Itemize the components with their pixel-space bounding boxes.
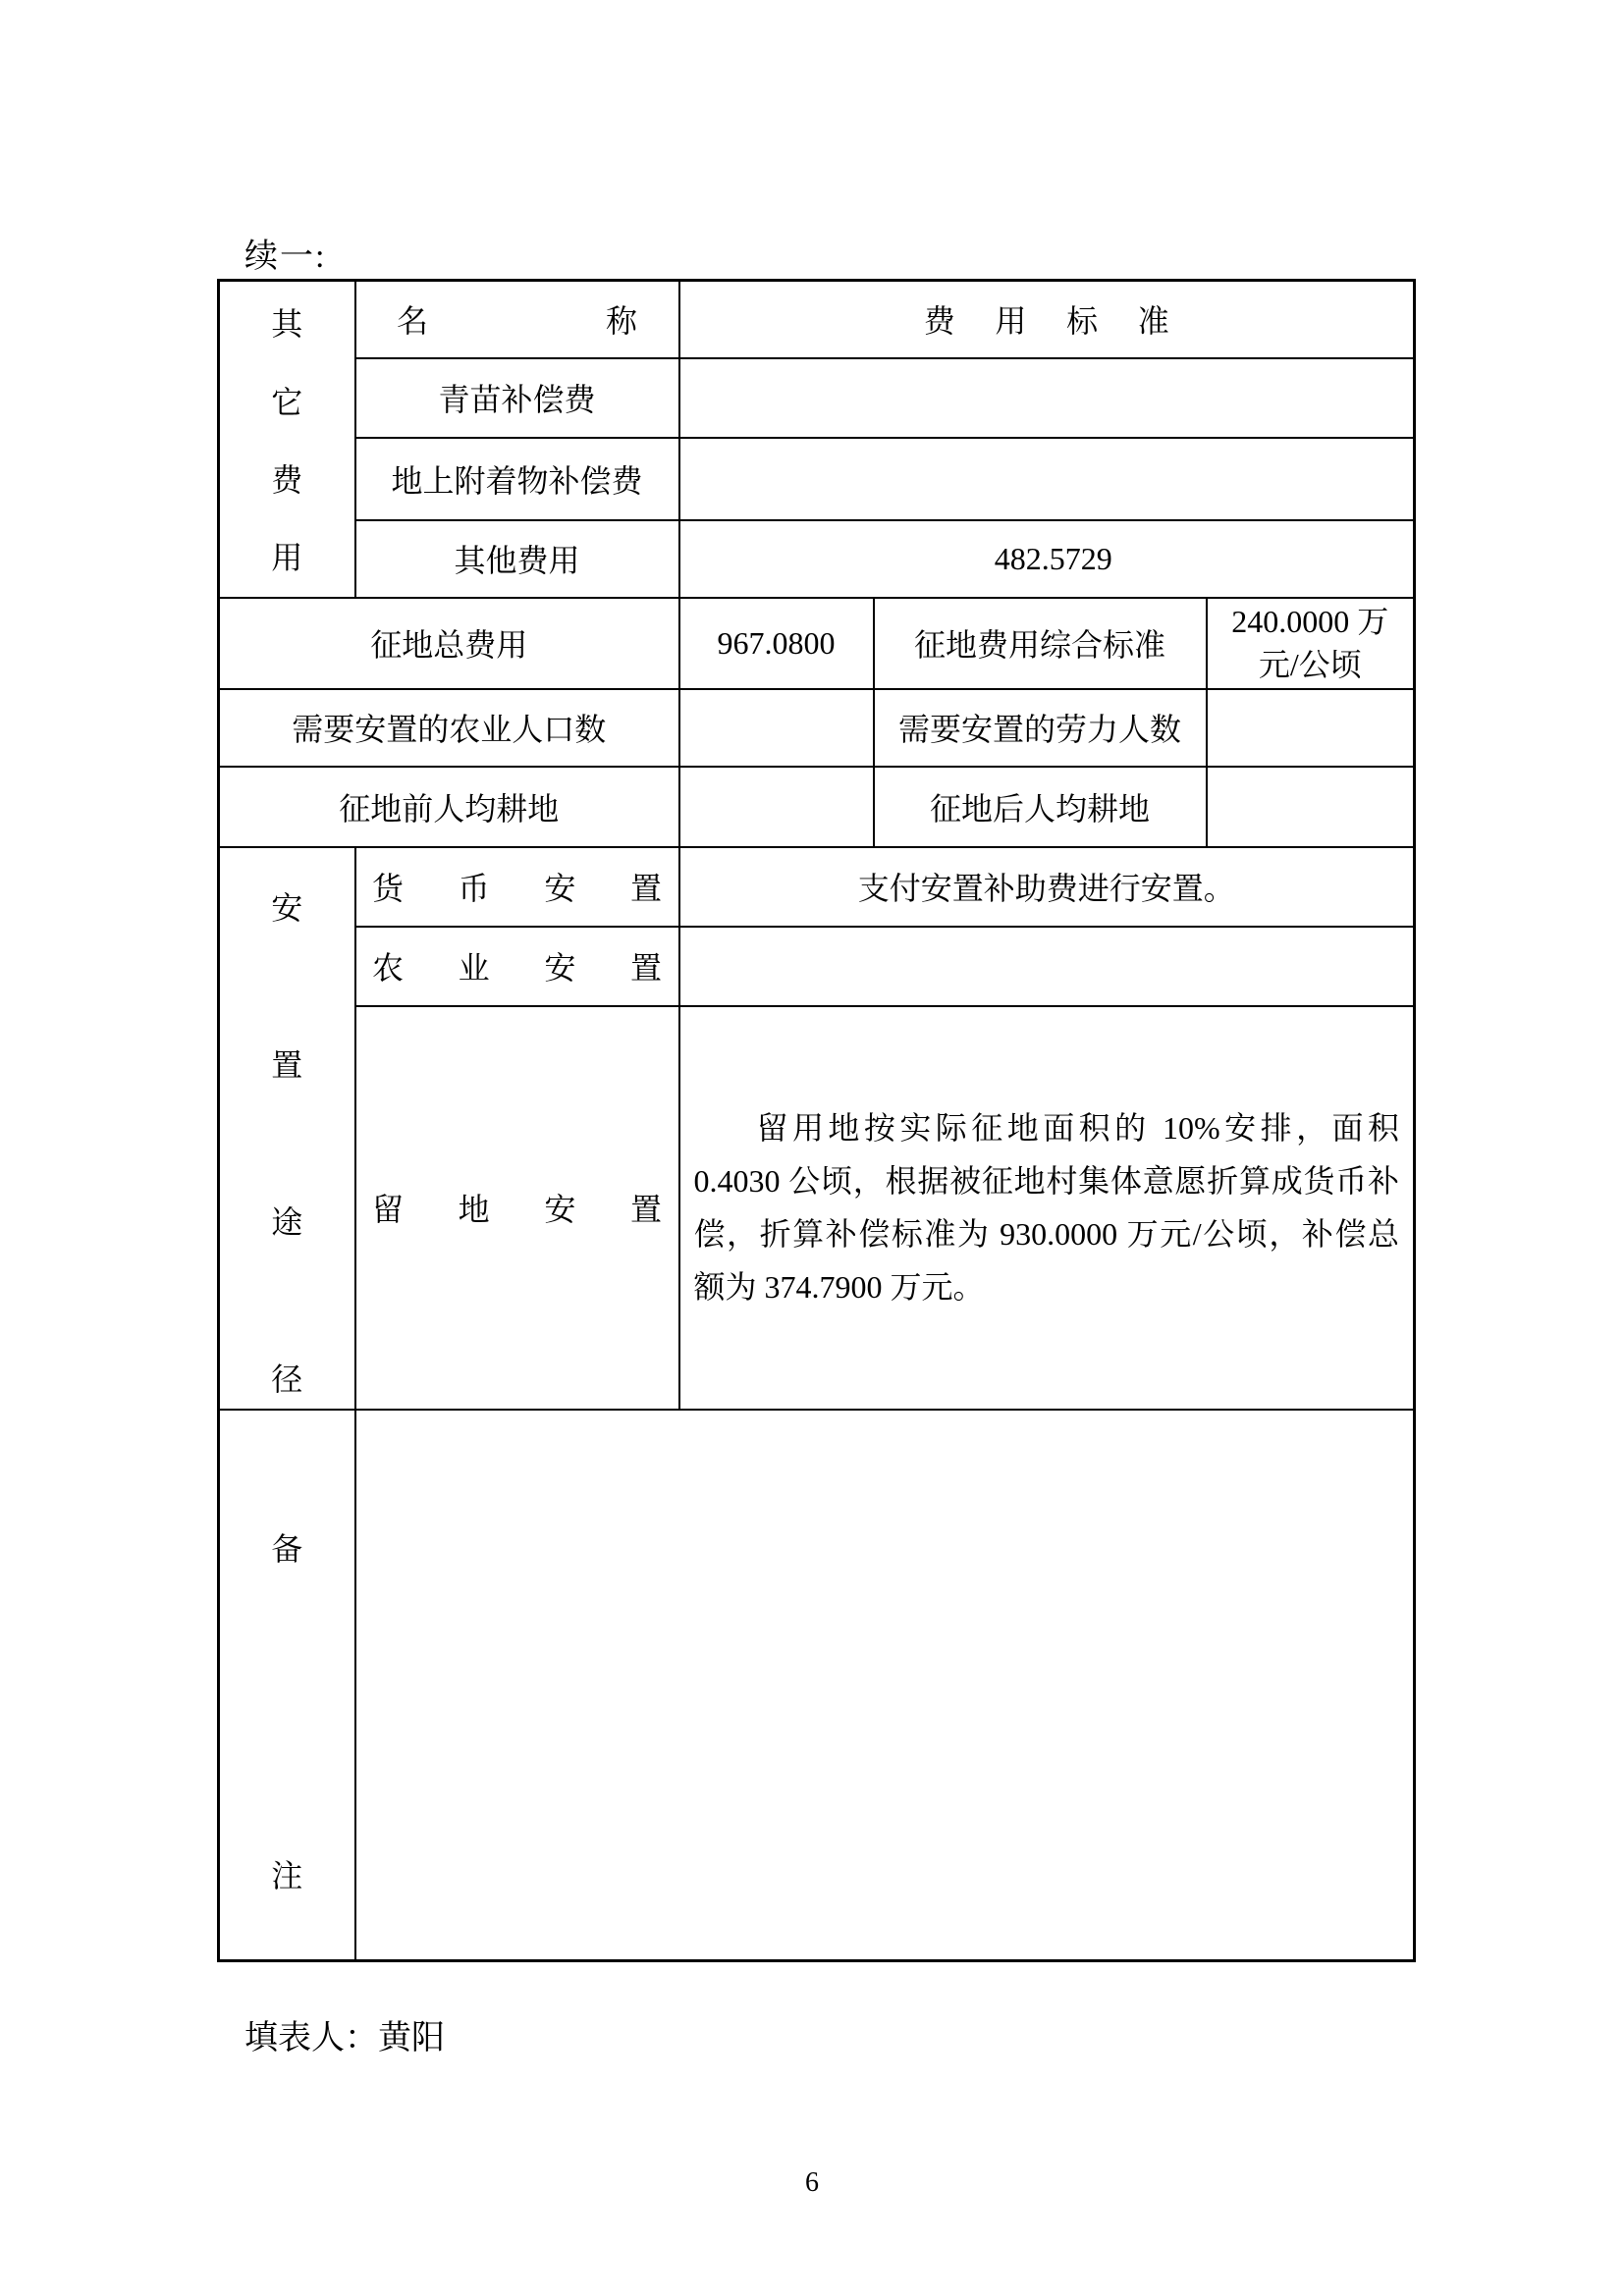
post-expropriation-land-value-cell (1207, 767, 1415, 847)
remarks-vertical-label: 备 注 (220, 1412, 354, 1957)
post-expropriation-land-label-cell: 征地后人均耕地 (874, 767, 1207, 847)
remarks-char: 备 (271, 1524, 302, 1570)
pre-expropriation-land-label-cell: 征地前人均耕地 (219, 767, 679, 847)
fee-name-header-cell: 名称 (355, 281, 679, 358)
agricultural-population-value-cell (679, 689, 874, 767)
fee-standard-header-cell: 费用标准 (679, 281, 1415, 358)
document-page: 续一: 其 它 费 用 名称 费用标准 (0, 0, 1624, 2296)
seedling-fee-value-cell (679, 358, 1415, 438)
row-per-capita-land: 征地前人均耕地 征地后人均耕地 (219, 767, 1415, 847)
row-seedling-fee: 青苗补偿费 (219, 358, 1415, 438)
other-fee-value-cell: 482.5729 (679, 520, 1415, 598)
comprehensive-standard-label-cell: 征地费用综合标准 (874, 598, 1207, 689)
row-remarks: 备 注 (219, 1410, 1415, 1961)
form-filler-label: 填表人：黄阳 (244, 2010, 445, 2058)
seedling-fee-name: 青苗补偿费 (438, 382, 595, 417)
monetary-placement-label-cell: 货币安置 (355, 847, 679, 927)
reserved-land-placement-desc: 留用地按实际征地面积的 10%安排，面积 0.4030 公顷，根据被征地村集体意… (694, 1101, 1400, 1313)
total-fee-value-cell: 967.0800 (679, 598, 874, 689)
placement-char: 置 (271, 1041, 302, 1086)
agricultural-placement-label-cell: 农业安置 (355, 927, 679, 1006)
comprehensive-standard-value-cell: 240.0000 万元/公顷 (1207, 598, 1415, 689)
reserved-land-placement-label-cell: 留地安置 (355, 1006, 679, 1410)
other-fees-char: 其 (271, 299, 302, 345)
row-total-fee: 征地总费用 967.0800 征地费用综合标准 240.0000 万元/公顷 (219, 598, 1415, 689)
placement-char: 途 (271, 1198, 302, 1243)
reserved-land-placement-desc-cell: 留用地按实际征地面积的 10%安排，面积 0.4030 公顷，根据被征地村集体意… (679, 1006, 1415, 1410)
placement-char: 安 (271, 883, 302, 929)
labor-population-value-cell (1207, 689, 1415, 767)
fee-name-header: 名称 (397, 296, 637, 342)
labor-population-label-cell: 需要安置的劳力人数 (874, 689, 1207, 767)
placement-vertical-label-cell: 安 置 途 径 (219, 847, 355, 1410)
pre-expropriation-land-value-cell (679, 767, 874, 847)
agricultural-population-label-cell: 需要安置的农业人口数 (219, 689, 679, 767)
fee-standard-header: 费用标准 (924, 296, 1169, 342)
seedling-fee-name-cell: 青苗补偿费 (355, 358, 679, 438)
compensation-form-table: 其 它 费 用 名称 费用标准 青苗补偿费 地上附着物补偿费 (217, 279, 1416, 1962)
other-fees-vertical-label: 其 它 费 用 (220, 284, 354, 595)
row-reserved-land-placement: 留地安置 留用地按实际征地面积的 10%安排，面积 0.4030 公顷，根据被征… (219, 1006, 1415, 1410)
agricultural-placement-desc-cell (679, 927, 1415, 1006)
other-fees-char: 用 (271, 533, 302, 578)
monetary-placement-desc-cell: 支付安置补助费进行安置。 (679, 847, 1415, 927)
reserved-land-placement-label: 留地安置 (372, 1185, 662, 1230)
attachment-fee-name: 地上附着物补偿费 (391, 463, 642, 499)
attachment-fee-name-cell: 地上附着物补偿费 (355, 438, 679, 520)
other-fee-name: 其他费用 (454, 543, 579, 578)
remarks-char: 注 (271, 1851, 302, 1896)
monetary-placement-label: 货币安置 (372, 864, 662, 909)
placement-vertical-label: 安 置 途 径 (220, 850, 354, 1407)
remarks-vertical-label-cell: 备 注 (219, 1410, 355, 1961)
placement-char: 径 (271, 1355, 302, 1400)
other-fee-name-cell: 其他费用 (355, 520, 679, 598)
other-fees-vertical-label-cell: 其 它 费 用 (219, 281, 355, 598)
other-fees-char: 它 (271, 378, 302, 423)
page-number: 6 (0, 2167, 1624, 2199)
continuation-label: 续一: (244, 229, 326, 277)
remarks-content-cell (355, 1410, 1415, 1961)
row-attachment-fee: 地上附着物补偿费 (219, 438, 1415, 520)
row-other-fee: 其他费用 482.5729 (219, 520, 1415, 598)
other-fees-char: 费 (271, 455, 302, 501)
total-fee-label-cell: 征地总费用 (219, 598, 679, 689)
attachment-fee-value-cell (679, 438, 1415, 520)
row-population: 需要安置的农业人口数 需要安置的劳力人数 (219, 689, 1415, 767)
agricultural-placement-label: 农业安置 (372, 943, 662, 988)
row-agricultural-placement: 农业安置 (219, 927, 1415, 1006)
row-monetary-placement: 安 置 途 径 货币安置 支付安置补助费进行安置。 (219, 847, 1415, 927)
row-fee-header: 其 它 费 用 名称 费用标准 (219, 281, 1415, 358)
